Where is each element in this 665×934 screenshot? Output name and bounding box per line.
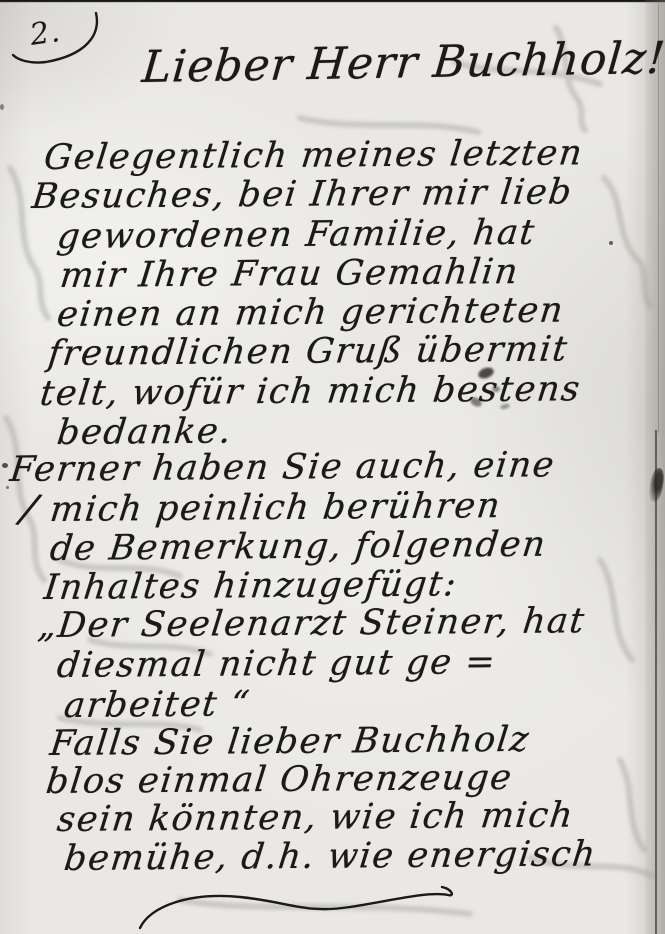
letter-line: bemühe, d.h. wie energisch — [62, 834, 599, 879]
ink-smudge — [492, 386, 500, 392]
letter-line: Falls Sie lieber Buchholz — [48, 720, 532, 764]
letter-line: mir Ihre Frau Gemahlin — [58, 252, 521, 296]
scanned-letter-page: 2. Lieber Herr Buchholz! Gelegentlich me… — [0, 0, 665, 934]
letter-line: Gelegentlich meines letzten — [42, 133, 585, 178]
paper-speck — [2, 463, 8, 468]
letter-line: sein könnten, wie ich mich — [55, 795, 576, 840]
letter-line: diesmal nicht gut ge = — [55, 642, 499, 686]
letter-body: Gelegentlich meines letzten Besuches, be… — [0, 0, 665, 934]
letter-line: Inhaltes hinzugefügt: — [42, 564, 460, 608]
paper-speck — [0, 104, 4, 110]
letter-line: blos einmal Ohrenzeuge — [44, 758, 515, 802]
paper-speck — [609, 241, 613, 245]
letter-line: Besuches, bei Ihrer mir lieb — [30, 172, 575, 217]
letter-line: mich peinlich berühren — [48, 486, 503, 530]
letter-line: gewordenen Familie, hat — [55, 213, 538, 257]
letter-line: „Der Seelenarzt Steiner, hat — [36, 601, 588, 646]
paper-speck — [6, 486, 9, 489]
letter-line: arbeitet “ — [62, 684, 253, 726]
letter-line: Ferner haben Sie auch, eine — [8, 445, 557, 490]
letter-line: einen an mich gerichteten — [55, 291, 566, 335]
letter-line: bedanke. — [55, 411, 235, 453]
letter-line: de Bemerkung, folgenden — [48, 525, 549, 569]
